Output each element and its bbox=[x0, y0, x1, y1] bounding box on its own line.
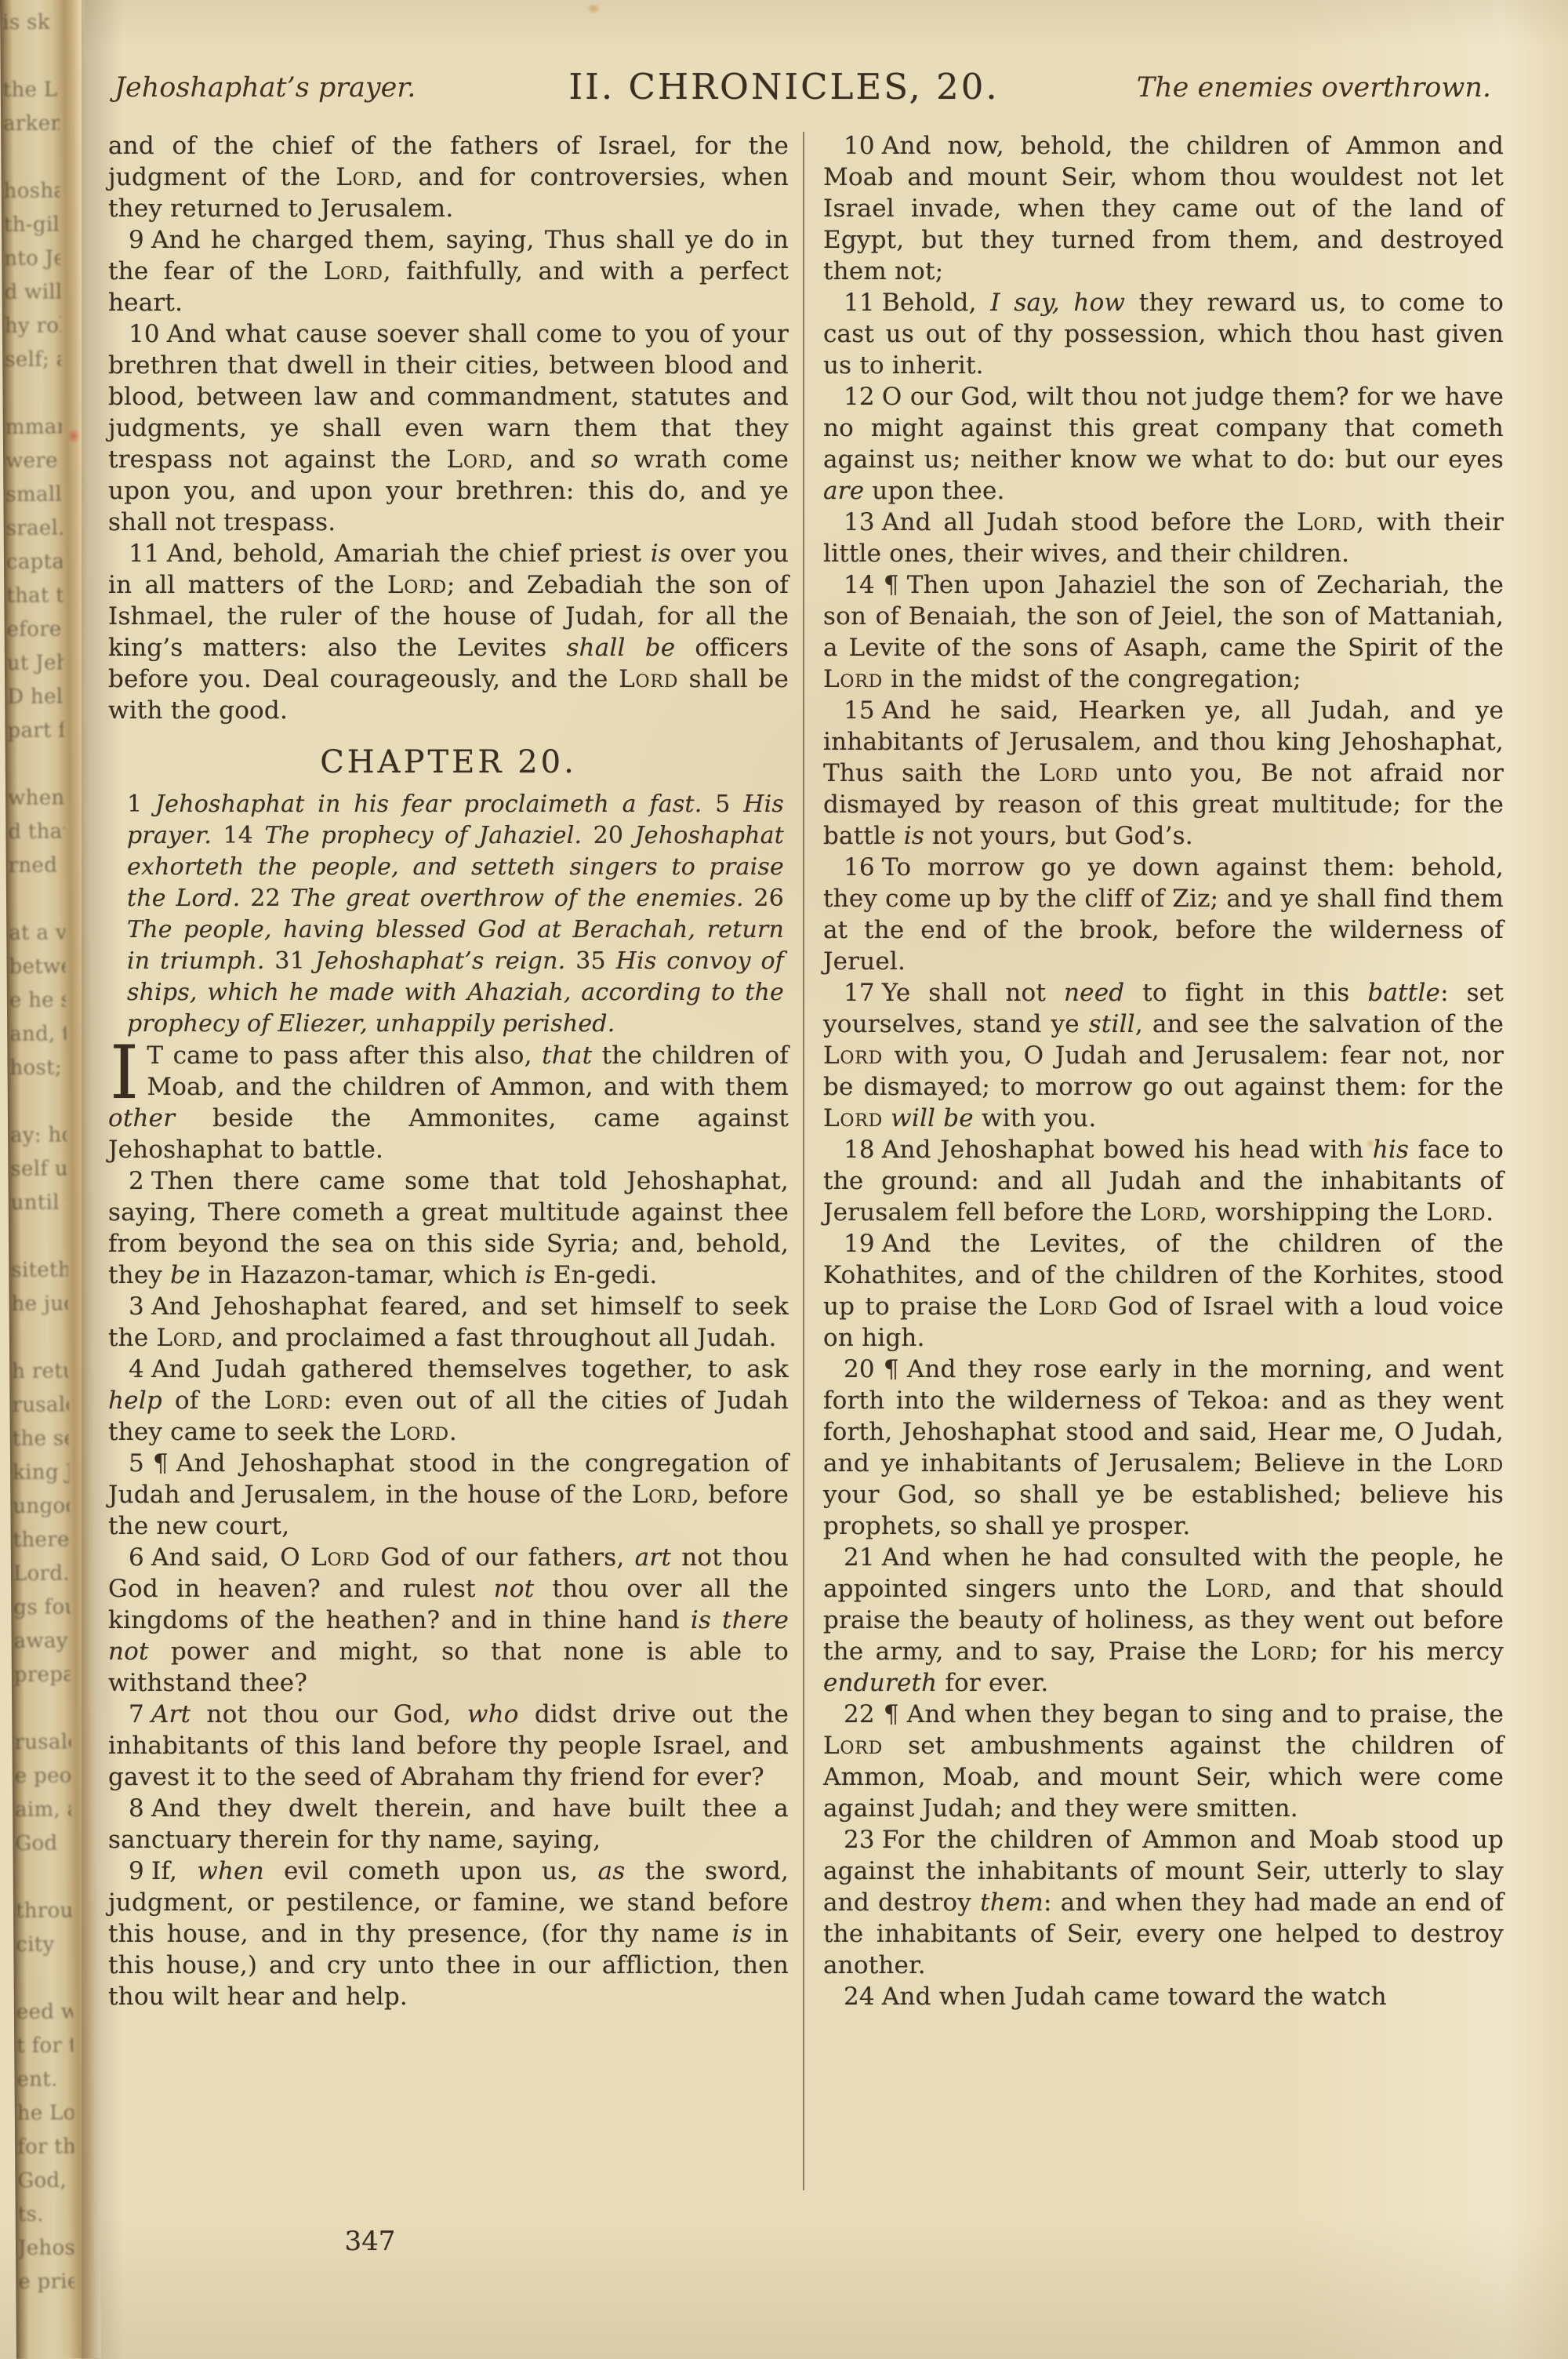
page-edge-text-fragment: hy rob bbox=[5, 314, 61, 338]
verse-number: 2 bbox=[129, 1167, 151, 1195]
page-title: II. CHRONICLES, 20. bbox=[568, 66, 999, 107]
verse-text: God of our fathers, bbox=[370, 1543, 635, 1572]
verse-paragraph: 2Then there came some that told Jehoshap… bbox=[108, 1165, 789, 1291]
verse-text: O our God, wilt thou not judge them? for… bbox=[823, 383, 1504, 474]
page-edge-text-fragment: d that bbox=[8, 820, 64, 844]
italic-text: be bbox=[170, 1261, 201, 1289]
divine-name-small-caps: Lord bbox=[1140, 1198, 1200, 1227]
verse-text: power and might, so that none is able to… bbox=[108, 1637, 789, 1697]
verse-text: Then upon Jahaziel the son of Zechariah,… bbox=[823, 571, 1504, 662]
italic-text: still bbox=[1089, 1010, 1135, 1038]
verse-text: 5 bbox=[715, 791, 743, 818]
page-edge-text-fragment: D help bbox=[7, 685, 64, 709]
page-edge-text-fragment: siteth bbox=[11, 1258, 67, 1282]
pilcrow-mark: ¶ bbox=[882, 1700, 907, 1728]
verse-number: 10 bbox=[844, 132, 882, 160]
italic-text: them bbox=[980, 1888, 1044, 1917]
italic-text: shall be bbox=[566, 634, 675, 662]
italic-text: I say, how bbox=[990, 289, 1125, 317]
verse-paragraph: 7Art not thou our God, who didst drive o… bbox=[108, 1699, 789, 1793]
verse-number: 19 bbox=[844, 1230, 882, 1258]
running-head-left: Jehoshaphat’s prayer. bbox=[114, 72, 416, 104]
verse-paragraph: 11And, behold, Amariah the chief priest … bbox=[108, 538, 789, 726]
verse-paragraph: 17Ye shall not need to fight in this bat… bbox=[823, 977, 1504, 1134]
page-edge-text-fragment: ent. bbox=[16, 2067, 73, 2092]
verse-text: Ye shall not bbox=[882, 979, 1064, 1007]
verse-text: with you. bbox=[974, 1104, 1097, 1132]
verse-paragraph: IT came to pass after this also, that th… bbox=[108, 1040, 789, 1165]
verse-number: 12 bbox=[844, 383, 882, 411]
page-edge-text-fragment: therefo bbox=[13, 1528, 70, 1552]
page-edge-text-fragment: Jehosh bbox=[18, 2236, 74, 2260]
verse-paragraph: 10And what cause soever shall come to yo… bbox=[108, 318, 789, 538]
page-edge-text-fragment: e he s bbox=[9, 988, 66, 1012]
verse-number: 18 bbox=[844, 1136, 882, 1164]
verse-paragraph: 18And Jehoshaphat bowed his head with hi… bbox=[823, 1134, 1504, 1228]
divine-name-small-caps: Lord bbox=[1426, 1198, 1486, 1227]
red-ink-speck bbox=[67, 428, 80, 444]
page-edge-text-fragment: rusalem bbox=[14, 1730, 71, 1754]
page-edge-text-fragment: aim, an bbox=[15, 1797, 71, 1822]
page-edge-text-fragment: the L bbox=[3, 78, 60, 102]
page-edge-text-fragment: ts. bbox=[18, 2202, 74, 2226]
italic-text: battle bbox=[1367, 979, 1440, 1007]
page-edge-text-fragment: e peop bbox=[15, 1764, 71, 1788]
verse-paragraph: and of the chief of the fathers of Israe… bbox=[108, 130, 789, 224]
page-edge-text-fragment: ut Jeh bbox=[7, 651, 64, 675]
page-edge-text-fragment: Lord. bbox=[13, 1561, 70, 1586]
verse-text: 1 bbox=[127, 791, 155, 818]
verse-text: And said, O bbox=[151, 1543, 310, 1572]
page-number: 347 bbox=[292, 2226, 448, 2257]
divine-name-small-caps: Lord bbox=[1205, 1575, 1265, 1603]
italic-text: help bbox=[108, 1387, 162, 1415]
verse-text: ; for his mercy bbox=[1310, 1637, 1504, 1666]
verse-text: And when Judah came toward the watch bbox=[882, 1983, 1387, 2011]
page-edge-text-fragment: d will bbox=[4, 280, 60, 304]
verse-text: upon thee. bbox=[864, 477, 1004, 505]
page-edge-text-fragment: h retur bbox=[12, 1359, 68, 1383]
verse-text: If, bbox=[151, 1857, 197, 1885]
left-column: and of the chief of the fathers of Israe… bbox=[108, 130, 789, 2012]
page-edge-text-fragment: eed wh bbox=[16, 2000, 73, 2024]
verse-paragraph: 4And Judah gathered themselves together,… bbox=[108, 1354, 789, 1448]
italic-text: is bbox=[732, 1920, 753, 1948]
italic-text: when bbox=[197, 1857, 264, 1885]
verse-text: in Hazazon-tamar, which bbox=[201, 1261, 525, 1289]
chapter-heading: CHAPTER 20. bbox=[108, 747, 789, 778]
page-edge-text-fragment: mmand bbox=[5, 415, 62, 439]
verse-paragraph: 13And all Judah stood before the Lord, w… bbox=[823, 507, 1504, 569]
verse-text: . bbox=[1486, 1198, 1494, 1227]
page-edge-text-fragment: part fr bbox=[7, 718, 64, 743]
page-edge-text-fragment: until t bbox=[11, 1190, 67, 1215]
page-edge-text-fragment: king J bbox=[13, 1460, 69, 1485]
page-edge-text-fragment: capta bbox=[6, 550, 63, 574]
divine-name-small-caps: Lord bbox=[619, 665, 678, 693]
divine-name-small-caps: Lord bbox=[823, 1732, 883, 1760]
verse-paragraph: 5¶And Jehoshaphat stood in the congregat… bbox=[108, 1448, 789, 1542]
verse-paragraph: 11Behold, I say, how they reward us, to … bbox=[823, 287, 1504, 381]
divine-name-small-caps: Lord bbox=[1250, 1637, 1310, 1666]
verse-text: And they dwelt therein, and have built t… bbox=[108, 1794, 789, 1854]
verse-paragraph: 14¶Then upon Jahaziel the son of Zechari… bbox=[823, 569, 1504, 695]
bible-page-scan: { "page": { "number": "347", "header": {… bbox=[0, 0, 1568, 2359]
verse-paragraph: 23For the children of Ammon and Moab sto… bbox=[823, 1824, 1504, 1981]
page-edge-text-fragment: self; a bbox=[5, 347, 61, 372]
drop-cap: I bbox=[108, 1040, 147, 1103]
divine-name-small-caps: Lord bbox=[156, 1324, 216, 1352]
page-edge-text-fragment: hoshap bbox=[4, 179, 60, 203]
foxing-spot bbox=[586, 3, 601, 14]
verse-number: 8 bbox=[129, 1794, 151, 1823]
page-edge-text-fragment: nto Je bbox=[4, 246, 60, 271]
divine-name-small-caps: Lord bbox=[823, 1104, 883, 1132]
page-edge-text-fragment: that th bbox=[6, 583, 63, 608]
verse-text: not yours, but God’s. bbox=[924, 822, 1193, 850]
verse-paragraph: 24And when Judah came toward the watch bbox=[823, 1981, 1504, 2012]
right-column: 10And now, behold, the children of Ammon… bbox=[823, 130, 1504, 2012]
verse-text: And when they began to sing and to prais… bbox=[907, 1700, 1504, 1728]
page-edge-text-fragment: arken, bbox=[3, 111, 60, 136]
verse-paragraph: 19And the Levites, of the children of th… bbox=[823, 1228, 1504, 1354]
italic-text: is bbox=[904, 822, 924, 850]
verse-paragraph: 21And when he had consulted with the peo… bbox=[823, 1542, 1504, 1699]
italic-text: not bbox=[494, 1575, 535, 1603]
page-edge-text-fragment: ay: ho bbox=[10, 1123, 67, 1147]
page-edge-text-fragment: were w bbox=[5, 449, 62, 473]
italic-text: Jehoshaphat’s reign. bbox=[315, 947, 575, 975]
pilcrow-mark: ¶ bbox=[882, 571, 907, 599]
verse-number: 16 bbox=[844, 853, 882, 881]
verse-text: And, behold, Amariah the chief priest bbox=[167, 540, 651, 568]
verse-number: 10 bbox=[129, 320, 167, 348]
verse-paragraph: 3And Jehoshaphat feared, and set himself… bbox=[108, 1291, 789, 1354]
verse-number: 7 bbox=[129, 1700, 151, 1728]
verse-number: 9 bbox=[129, 1857, 151, 1885]
verse-number: 22 bbox=[844, 1700, 882, 1728]
page-edge-text-fragment: srael. bbox=[6, 516, 63, 540]
page-edge-text-fragment: t for th bbox=[16, 2034, 73, 2058]
verse-text bbox=[883, 1104, 891, 1132]
page-edge-text-fragment: prepar bbox=[14, 1663, 71, 1687]
page-edge-text-fragment: ungodl bbox=[13, 1494, 69, 1518]
italic-text: as bbox=[598, 1857, 626, 1885]
verse-text: , worshipping the bbox=[1200, 1198, 1426, 1227]
page-edge-text-fragment: e pries bbox=[18, 2270, 74, 2294]
verse-text: not thou our God, bbox=[191, 1700, 467, 1728]
divine-name-small-caps: Lord bbox=[1444, 1449, 1504, 1478]
divine-name-small-caps: Lord bbox=[1039, 759, 1098, 787]
divine-name-small-caps: Lord bbox=[823, 1041, 883, 1070]
pilcrow-mark: ¶ bbox=[882, 1355, 907, 1383]
divine-name-small-caps: Lord bbox=[823, 665, 883, 693]
page-edge-text-fragment: efore th bbox=[7, 617, 64, 642]
verse-paragraph: 12O our God, wilt thou not judge them? f… bbox=[823, 381, 1504, 507]
verse-number: 6 bbox=[129, 1543, 151, 1572]
page-edge-text-fragment: he judg bbox=[12, 1292, 68, 1316]
page-edge-text-fragment: betwe bbox=[9, 954, 66, 979]
verse-text: , and see the salvation of the bbox=[1135, 1010, 1504, 1038]
italic-text: art bbox=[635, 1543, 671, 1572]
verse-text: evil cometh upon us, bbox=[264, 1857, 598, 1885]
verse-text: T came to pass after this also, bbox=[147, 1041, 542, 1070]
page-edge-text-fragment: when bbox=[8, 786, 64, 810]
page-edge-text-fragment: rusalem bbox=[12, 1393, 68, 1417]
divine-name-small-caps: Lord bbox=[447, 445, 506, 474]
page-edge-text-fragment: he Lo bbox=[17, 2101, 74, 2125]
running-head-right: The enemies overthrown. bbox=[1137, 72, 1491, 104]
page-edge-text-fragment: away th bbox=[14, 1629, 71, 1653]
verse-number: 13 bbox=[844, 508, 882, 536]
page-edge-text-fragment: th-gile bbox=[4, 213, 60, 237]
verse-number: 20 bbox=[844, 1355, 882, 1383]
verse-text: And Jehoshaphat bowed his head with bbox=[882, 1136, 1373, 1164]
italic-text: will be bbox=[891, 1104, 974, 1132]
italic-text: is bbox=[525, 1261, 546, 1289]
italic-text: Jehoshaphat in his fear proclaimeth a fa… bbox=[155, 791, 715, 818]
page-edge-text-fragment: and, th bbox=[9, 1022, 66, 1046]
column-divider bbox=[803, 132, 804, 2190]
verse-text: for ever. bbox=[937, 1669, 1048, 1697]
verse-text: to fight in this bbox=[1124, 979, 1367, 1007]
page-edge-text-fragment: small bbox=[5, 482, 62, 507]
divine-name-small-caps: Lord bbox=[1297, 508, 1356, 536]
verse-text: with you, O Judah and Jerusalem: fear no… bbox=[823, 1041, 1504, 1101]
verse-text: beside the Ammonites, came against Jehos… bbox=[108, 1104, 789, 1164]
verse-number: 3 bbox=[129, 1292, 151, 1321]
verse-text: Behold, bbox=[882, 289, 990, 317]
verse-paragraph: 10And now, behold, the children of Ammon… bbox=[823, 130, 1504, 287]
verse-text: 14 bbox=[223, 822, 264, 849]
page-edge-text-fragment: for the bbox=[17, 2135, 74, 2159]
verse-text: of the bbox=[162, 1387, 264, 1415]
verse-paragraph: 9And he charged them, saying, Thus shall… bbox=[108, 224, 789, 318]
verse-text: En-gedi. bbox=[546, 1261, 658, 1289]
italic-text: The great overthrow of the enemies. bbox=[290, 885, 753, 912]
verse-paragraph: 15And he said, Hearken ye, all Judah, an… bbox=[823, 695, 1504, 852]
divine-name-small-caps: Lord bbox=[390, 1418, 449, 1446]
verse-number: 24 bbox=[844, 1983, 882, 2011]
page-edge-text-fragment: God, n bbox=[17, 2168, 74, 2193]
verse-number: 11 bbox=[844, 289, 882, 317]
verse-text: 35 bbox=[575, 947, 615, 975]
verse-text: , and proclaimed a fast throughout all J… bbox=[216, 1324, 776, 1352]
divine-name-small-caps: Lord bbox=[264, 1387, 324, 1415]
verse-number: 11 bbox=[129, 540, 167, 568]
page-edge-text-fragment: is sk bbox=[2, 10, 59, 35]
italic-text: who bbox=[467, 1700, 519, 1728]
verse-number: 17 bbox=[844, 979, 882, 1007]
verse-number: 4 bbox=[129, 1355, 151, 1383]
verse-text: set ambushments against the children of … bbox=[823, 1732, 1504, 1823]
verse-text: 22 bbox=[250, 885, 290, 912]
page-edge-text-fragment: city bbox=[16, 1932, 72, 1957]
verse-text: your God, so shall ye be established; be… bbox=[823, 1481, 1504, 1540]
italic-text: other bbox=[108, 1104, 175, 1132]
italic-text: endureth bbox=[823, 1669, 937, 1697]
verse-text: And now, behold, the children of Ammon a… bbox=[823, 132, 1504, 285]
divine-name-small-caps: Lord bbox=[1038, 1292, 1098, 1321]
divine-name-small-caps: Lord bbox=[336, 163, 395, 191]
verse-paragraph: 16To morrow go ye down against them: beh… bbox=[823, 852, 1504, 977]
verse-text: 31 bbox=[274, 947, 314, 975]
verse-paragraph: 22¶And when they began to sing and to pr… bbox=[823, 1699, 1504, 1824]
italic-text: is bbox=[651, 540, 671, 568]
verse-paragraph: 8And they dwelt therein, and have built … bbox=[108, 1793, 789, 1856]
divine-name-small-caps: Lord bbox=[632, 1481, 691, 1509]
pilcrow-mark: ¶ bbox=[151, 1449, 176, 1478]
foxing-spot bbox=[1366, 1139, 1375, 1148]
verse-text: To morrow go ye down against them: behol… bbox=[823, 853, 1504, 976]
verse-text: And Judah gathered themselves together, … bbox=[151, 1355, 789, 1383]
page-edge-text-fragment: host; bbox=[9, 1056, 66, 1080]
verse-text: And all Judah stood before the bbox=[882, 508, 1297, 536]
verse-text: , and bbox=[506, 445, 591, 474]
divine-name-small-caps: Lord bbox=[387, 571, 447, 599]
page-edge-text-fragment: at a ve bbox=[9, 921, 65, 945]
page-edge-text-fragment: God bbox=[15, 1831, 71, 1856]
verse-text: And they rose early in the morning, and … bbox=[823, 1355, 1504, 1478]
italic-text: are bbox=[823, 477, 864, 505]
verse-number: 14 bbox=[844, 571, 882, 599]
verse-paragraph: 20¶And they rose early in the morning, a… bbox=[823, 1354, 1504, 1542]
verse-number: 15 bbox=[844, 696, 882, 725]
italic-text: need bbox=[1064, 979, 1124, 1007]
page-edge-text-fragment: rned ba bbox=[9, 853, 65, 878]
page-edge-text-fragment: through bbox=[16, 1899, 72, 1923]
italic-text: Art bbox=[151, 1700, 191, 1728]
verse-paragraph: 6And said, O Lord God of our fathers, ar… bbox=[108, 1542, 789, 1699]
page-edge-text-fragment: gs foun bbox=[13, 1595, 70, 1619]
verse-text: in the midst of the congregation; bbox=[883, 665, 1301, 693]
italic-text: The prophecy of Jahaziel. bbox=[264, 822, 593, 849]
verse-text: . bbox=[449, 1418, 457, 1446]
italic-text: that bbox=[542, 1041, 592, 1070]
verse-number: 5 bbox=[129, 1449, 151, 1478]
divine-name-small-caps: Lord bbox=[324, 257, 383, 285]
italic-text: so bbox=[591, 445, 619, 474]
divine-name-small-caps: Lord bbox=[310, 1543, 370, 1572]
verse-text: 26 bbox=[753, 885, 784, 912]
chapter-summary: 1 Jehoshaphat in his fear proclaimeth a … bbox=[108, 789, 789, 1040]
verse-number: 9 bbox=[129, 226, 151, 254]
page-edge-text-fragment: the se bbox=[13, 1427, 69, 1451]
verse-text: 20 bbox=[593, 822, 635, 849]
verse-number: 23 bbox=[844, 1826, 882, 1854]
italic-text: his bbox=[1373, 1136, 1409, 1164]
verse-number: 21 bbox=[844, 1543, 882, 1572]
verse-paragraph: 9If, when evil cometh upon us, as the sw… bbox=[108, 1856, 789, 2012]
page-edge-text-fragment: self up bbox=[10, 1157, 67, 1181]
